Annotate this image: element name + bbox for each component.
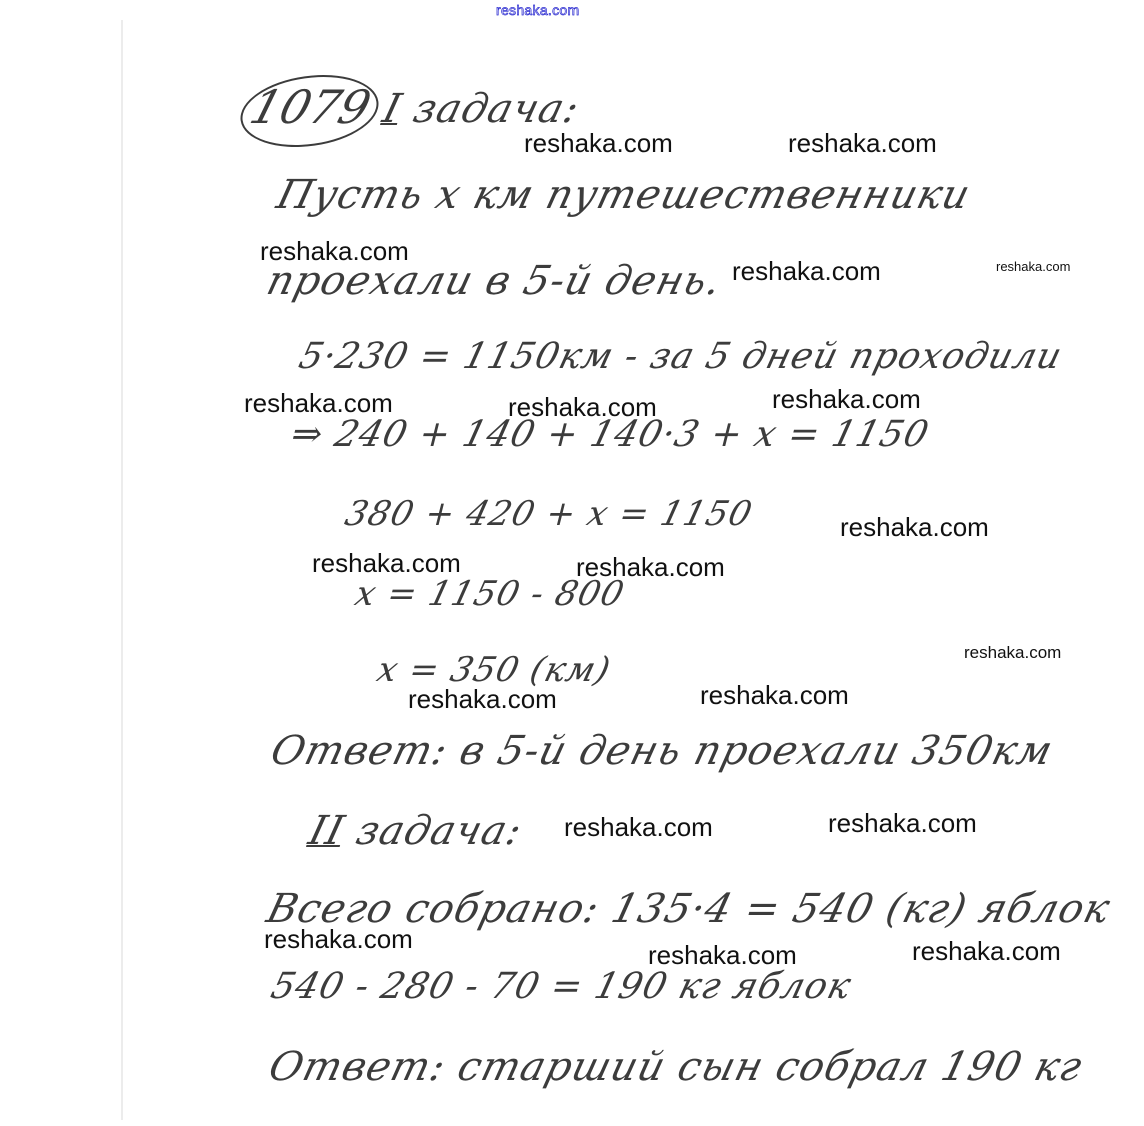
- scan-page-edge: [121, 20, 123, 1120]
- watermark: reshaka.com: [564, 812, 713, 843]
- problem-number: 1079: [244, 80, 377, 134]
- task2-line2: 540 - 280 - 70 = 190 кг яблок: [267, 966, 856, 1007]
- watermark: reshaka.com: [576, 552, 725, 583]
- task1-heading-word: задача:: [409, 86, 585, 132]
- task2-answer: Ответ: старший сын собрал 190 кг: [264, 1044, 1087, 1090]
- site-link[interactable]: reshaka.com: [496, 2, 579, 18]
- watermark: reshaka.com: [788, 128, 937, 159]
- watermark: reshaka.com: [732, 256, 881, 287]
- watermark: reshaka.com: [828, 808, 977, 839]
- watermark: reshaka.com: [648, 940, 797, 971]
- watermark: reshaka.com: [244, 388, 393, 419]
- task2-heading-word: задача:: [352, 808, 528, 854]
- task1-line3: 5·230 = 1150км - за 5 дней проходили: [295, 336, 1067, 377]
- task1-line5: 380 + 420 + x = 1150: [341, 494, 757, 534]
- watermark: reshaka.com: [264, 924, 413, 955]
- watermark: reshaka.com: [840, 512, 989, 543]
- watermark: reshaka.com: [260, 236, 409, 267]
- watermark: reshaka.com: [508, 392, 657, 423]
- task2-heading: II задача:: [304, 808, 527, 854]
- watermark: reshaka.com: [524, 128, 673, 159]
- watermark: reshaka.com: [312, 548, 461, 579]
- task1-heading: I задача:: [378, 86, 584, 132]
- watermark: reshaka.com: [700, 680, 849, 711]
- task1-answer: Ответ: в 5-й день проехали 350км: [266, 728, 1057, 774]
- task1-heading-roman: I: [378, 86, 406, 132]
- task2-heading-roman: II: [304, 808, 349, 854]
- watermark: reshaka.com: [996, 259, 1070, 274]
- watermark: reshaka.com: [912, 936, 1061, 967]
- watermark: reshaka.com: [772, 384, 921, 415]
- watermark: reshaka.com: [408, 684, 557, 715]
- watermark: reshaka.com: [964, 643, 1061, 663]
- task1-line1: Пусть х км путешественники: [272, 172, 975, 218]
